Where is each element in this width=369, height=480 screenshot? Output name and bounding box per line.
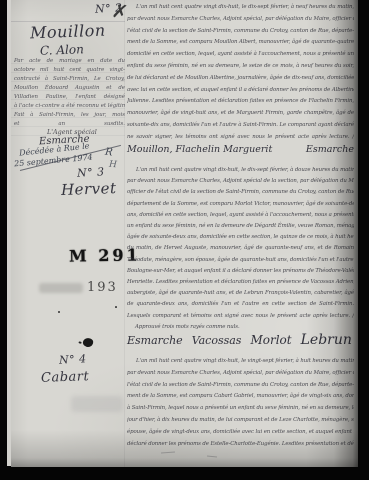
act-3-signature-witness-2: Lebrun <box>301 332 352 348</box>
act-4-line: à Saint-Firmin, lequel nous a présenté u… <box>127 403 354 415</box>
act-3-signature-declarant: Morlot <box>250 333 291 347</box>
act-2-line: soixante-dix ans, domiciliés l'un et l'a… <box>127 120 354 132</box>
act-3-line: Boulogne-sur-Mer, et auquel enfant il a … <box>127 266 354 277</box>
act-3-signature-witness-1: Vacossas <box>192 334 242 347</box>
death-annotation-monogram: H <box>109 160 118 171</box>
act-2-signatures: Mouillon, Flachelin Marguerit Esmarche <box>127 144 354 155</box>
act-3-line: ans, domicilié en cette section, lequel,… <box>127 210 354 221</box>
act-4-line: jour d'hier, à dix heures du matin, de l… <box>127 415 354 427</box>
act-3-line: Théodate, ménagère, son épouse, âgée de … <box>127 255 354 266</box>
entry-4-name: Cabart <box>41 369 90 386</box>
register-page: N° 2 ✗ Mouillon C. Alon Par acte de mari… <box>11 0 358 467</box>
faded-writing-ghost <box>71 396 123 412</box>
act-4-line: par devant nous Esmarche Charles, Adjoin… <box>127 368 354 380</box>
note-line: contracté à Saint-Firmin, Le Crotoy, <box>14 75 125 84</box>
act-2-line: Julienne. Lesdites présentation et décla… <box>127 96 354 108</box>
faint-ink-stamp <box>39 283 83 293</box>
act-2-signature-officer: Esmarche <box>306 144 354 155</box>
pencil-mark <box>207 455 217 457</box>
act-3-line: département de la Somme, est comparu Mor… <box>127 199 354 210</box>
act-2-line: l'état civil de la section de Saint-Firm… <box>127 26 354 38</box>
ink-speck <box>58 311 60 313</box>
note-line: Villadien Pauline, l'enfant désigné <box>14 93 125 102</box>
act-2-line: enfant du sexe féminin, né en sa demeure… <box>127 61 354 73</box>
act-2-line: ment de la Somme, est comparu Mouillon A… <box>127 37 354 49</box>
act-3-line: Lesquels comparant et témoins ont signé … <box>127 311 354 322</box>
scanned-register-photo: N° 2 ✗ Mouillon C. Alon Par acte de mari… <box>0 0 369 480</box>
act-3-line: L'an mil huit cent quatre vingt dix-huit… <box>127 165 354 176</box>
act-3-line: âgée de soixante-deux ans, domiciliée en… <box>127 232 354 243</box>
note-line: Mouillon Édouard Augustin et de <box>14 84 125 93</box>
entry-3-number: N° 3 <box>77 165 105 179</box>
note-line: octobre mil huit cent quatre vingt- <box>14 66 125 75</box>
entry-3-name: Hervet <box>61 179 117 199</box>
act-4-line: épouse, âgée de vingt-deux ans, domicili… <box>127 427 354 439</box>
note-line: Fait à Saint-Firmin, les jour, mois <box>14 111 125 120</box>
act-2-line: manouvrier, âgé de vingt-huit ans, et de… <box>127 108 354 120</box>
act-3-line: par devant nous Esmarche Charles, Adjoin… <box>127 176 354 187</box>
act-2-body: L'an mil huit cent quatre vingt dix-huit… <box>127 2 354 144</box>
act-4-body: L'an mil huit cent quatre vingt dix-huit… <box>127 356 354 450</box>
entry-2-name: Mouillon <box>30 21 106 43</box>
act-2-line: par devant nous Esmarche Charles, Adjoin… <box>127 14 354 26</box>
act-4-line: L'an mil huit cent quatre vingt dix-huit… <box>127 356 354 368</box>
act-3-line: aubergiste, âgé de quarante-huit ans, et… <box>127 288 354 299</box>
act-3-line: officier de l'état civil de la section d… <box>127 187 354 198</box>
act-3-body: L'an mil huit cent quatre vingt dix-huit… <box>127 165 354 333</box>
act-2-signature-witnesses: Mouillon, Flachelin Marguerit <box>127 144 272 155</box>
ink-blot <box>82 337 94 349</box>
pencil-mark <box>161 452 175 454</box>
act-3-line: du matin, de Hervet Auguste, manouvrier,… <box>127 243 354 254</box>
act-3-line: un enfant du sexe féminin, né en la deme… <box>127 221 354 232</box>
act-4-line: ment de la Somme, est comparu Cabart Gab… <box>127 391 354 403</box>
act-4-line: l'état civil de la section de Saint-Firm… <box>127 380 354 392</box>
act-2-line: de lui déclarant et de Mouillon Albertin… <box>127 73 354 85</box>
ink-speck <box>115 306 117 308</box>
act-2-line: avec lui en cette section, et auquel enf… <box>127 85 354 97</box>
act-2-line: ne savoir signer, les témoins ont signé … <box>127 132 354 144</box>
act-3-signature-officer: Esmarche <box>127 334 183 347</box>
act-2-line: domicilié en cette section, lequel, ayan… <box>127 49 354 61</box>
page-number: 193 <box>87 280 118 295</box>
act-4-line: déclaré donner les prénoms de Estelle-Ch… <box>127 439 354 451</box>
act-3-signatures: Esmarche Vacossas Morlot Lebrun <box>127 332 354 348</box>
note-line: Par acte de mariage en date du <box>14 57 125 66</box>
note-line: à l'acte ci-contre a été reconnu et légi… <box>14 102 125 111</box>
act-2-line: L'an mil huit cent quatre vingt dix-huit… <box>127 2 354 14</box>
entry-4-number: N° 4 <box>59 352 87 366</box>
act-3-line: Henriette. Lesdites présentation et décl… <box>127 277 354 288</box>
act-3-line: de quarante-deux ans, domiciliés l'un et… <box>127 299 354 310</box>
legitimation-note: Par acte de mariage en date duoctobre mi… <box>14 57 125 129</box>
entry-2-subname: C. Alon <box>40 42 84 58</box>
